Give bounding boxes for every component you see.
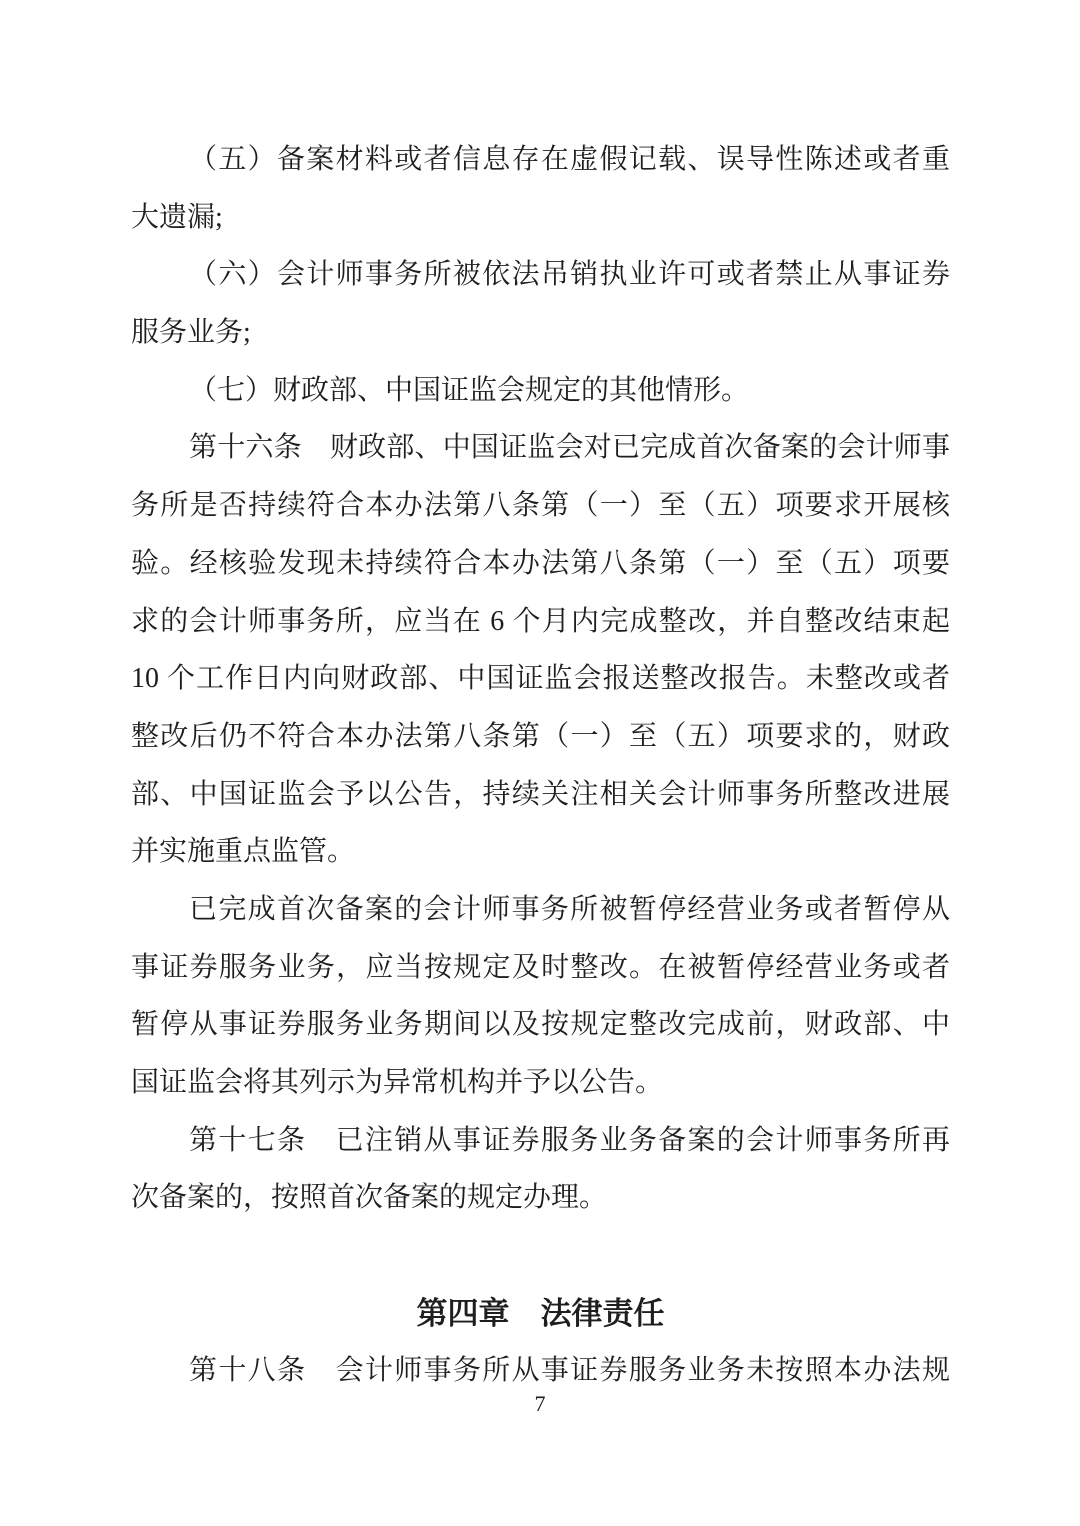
text-line: （五）备案材料或者信息存在虚假记载、误导性陈述或者重 xyxy=(131,131,950,189)
text-line: 务所是否持续符合本办法第八条第（一）至（五）项要求开展核 xyxy=(131,477,950,535)
text-line: 次备案的，按照首次备案的规定办理。 xyxy=(131,1169,950,1227)
text-line: 暂停从事证券服务业务期间以及按规定整改完成前，财政部、中 xyxy=(131,996,950,1054)
blank-line xyxy=(131,1227,950,1285)
text-line: （七）财政部、中国证监会规定的其他情形。 xyxy=(131,362,950,420)
text-line: 已完成首次备案的会计师事务所被暂停经营业务或者暂停从 xyxy=(131,881,950,939)
document-body: （五）备案材料或者信息存在虚假记载、误导性陈述或者重大遗漏;（六）会计师事务所被… xyxy=(131,131,950,1400)
text-line: 求的会计师事务所，应当在 6 个月内完成整改，并自整改结束起 xyxy=(131,593,950,651)
text-line: 大遗漏; xyxy=(131,189,950,247)
text-line: 10 个工作日内向财政部、中国证监会报送整改报告。未整改或者 xyxy=(131,650,950,708)
text-line: 验。经核验发现未持续符合本办法第八条第（一）至（五）项要 xyxy=(131,535,950,593)
chapter-heading: 第四章 法律责任 xyxy=(131,1285,950,1343)
text-line: 整改后仍不符合本办法第八条第（一）至（五）项要求的，财政 xyxy=(131,708,950,766)
text-line: 国证监会将其列示为异常机构并予以公告。 xyxy=(131,1054,950,1112)
page-number: 7 xyxy=(0,1388,1080,1420)
text-line: 服务业务; xyxy=(131,304,950,362)
text-line: 部、中国证监会予以公告，持续关注相关会计师事务所整改进展 xyxy=(131,766,950,824)
text-line: 事证券服务业务，应当按规定及时整改。在被暂停经营业务或者 xyxy=(131,939,950,997)
document-page: （五）备案材料或者信息存在虚假记载、误导性陈述或者重大遗漏;（六）会计师事务所被… xyxy=(0,0,1080,1526)
text-line: （六）会计师事务所被依法吊销执业许可或者禁止从事证券 xyxy=(131,246,950,304)
text-line: 并实施重点监管。 xyxy=(131,823,950,881)
text-line: 第十六条 财政部、中国证监会对已完成首次备案的会计师事 xyxy=(131,419,950,477)
text-line: 第十七条 已注销从事证券服务业务备案的会计师事务所再 xyxy=(131,1112,950,1170)
